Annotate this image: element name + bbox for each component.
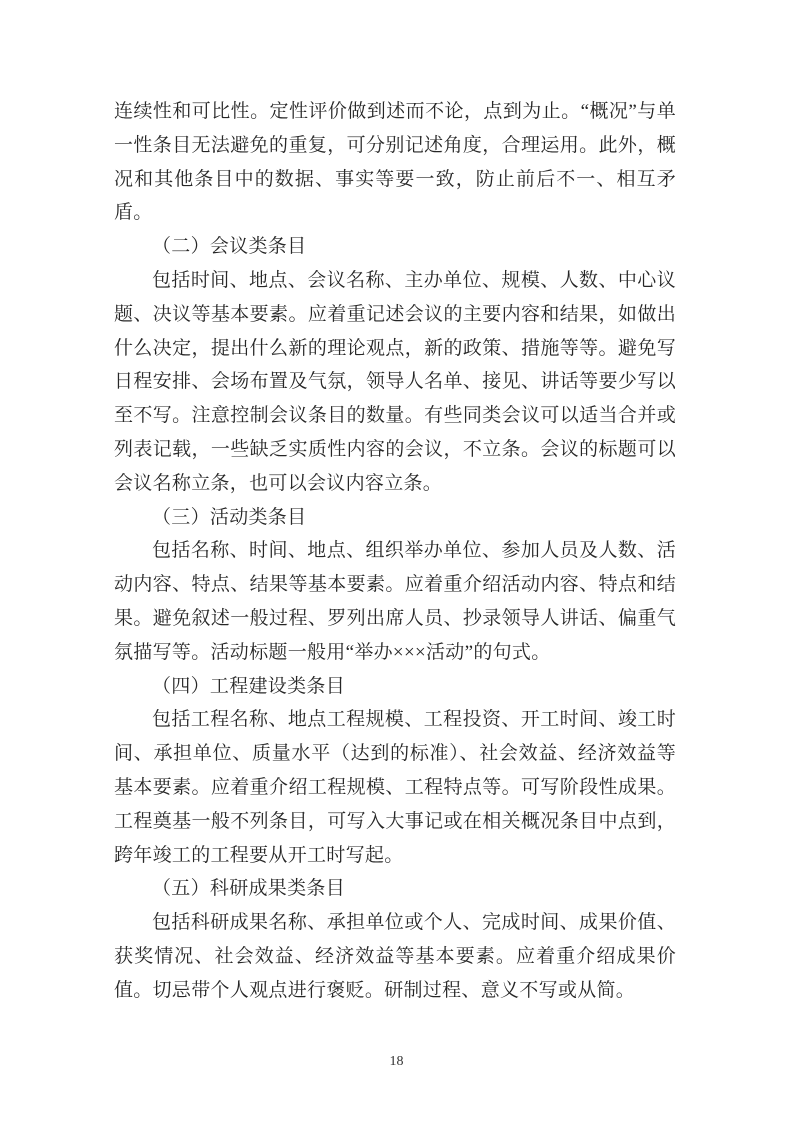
section-heading-activity-entries: （三）活动类条目 <box>114 501 676 535</box>
paragraph-research-achievement-entries: 包括科研成果名称、承担单位或个人、完成时间、成果价值、获奖情况、社会效益、经济效… <box>114 906 676 1007</box>
paragraph-activity-entries: 包括名称、时间、地点、组织举办单位、参加人员及人数、活动内容、特点、结果等基本要… <box>114 534 676 669</box>
paragraph-construction-entries: 包括工程名称、地点工程规模、工程投资、开工时间、竣工时间、承担单位、质量水平（达… <box>114 703 676 872</box>
page-number: 18 <box>0 1054 793 1070</box>
paragraph-continued-from-previous-page: 连续性和可比性。定性评价做到述而不论，点到为止。“概况”与单一性条目无法避免的重… <box>114 95 676 230</box>
paragraph-meeting-entries: 包括时间、地点、会议名称、主办单位、规模、人数、中心议题、决议等基本要素。应着重… <box>114 264 676 501</box>
section-heading-construction-entries: （四）工程建设类条目 <box>114 670 676 704</box>
document-text-block: 连续性和可比性。定性评价做到述而不论，点到为止。“概况”与单一性条目无法避免的重… <box>114 95 676 1008</box>
document-page: 连续性和可比性。定性评价做到述而不论，点到为止。“概况”与单一性条目无法避免的重… <box>0 0 793 1122</box>
section-heading-meeting-entries: （二）会议类条目 <box>114 230 676 264</box>
section-heading-research-achievement-entries: （五）科研成果类条目 <box>114 872 676 906</box>
